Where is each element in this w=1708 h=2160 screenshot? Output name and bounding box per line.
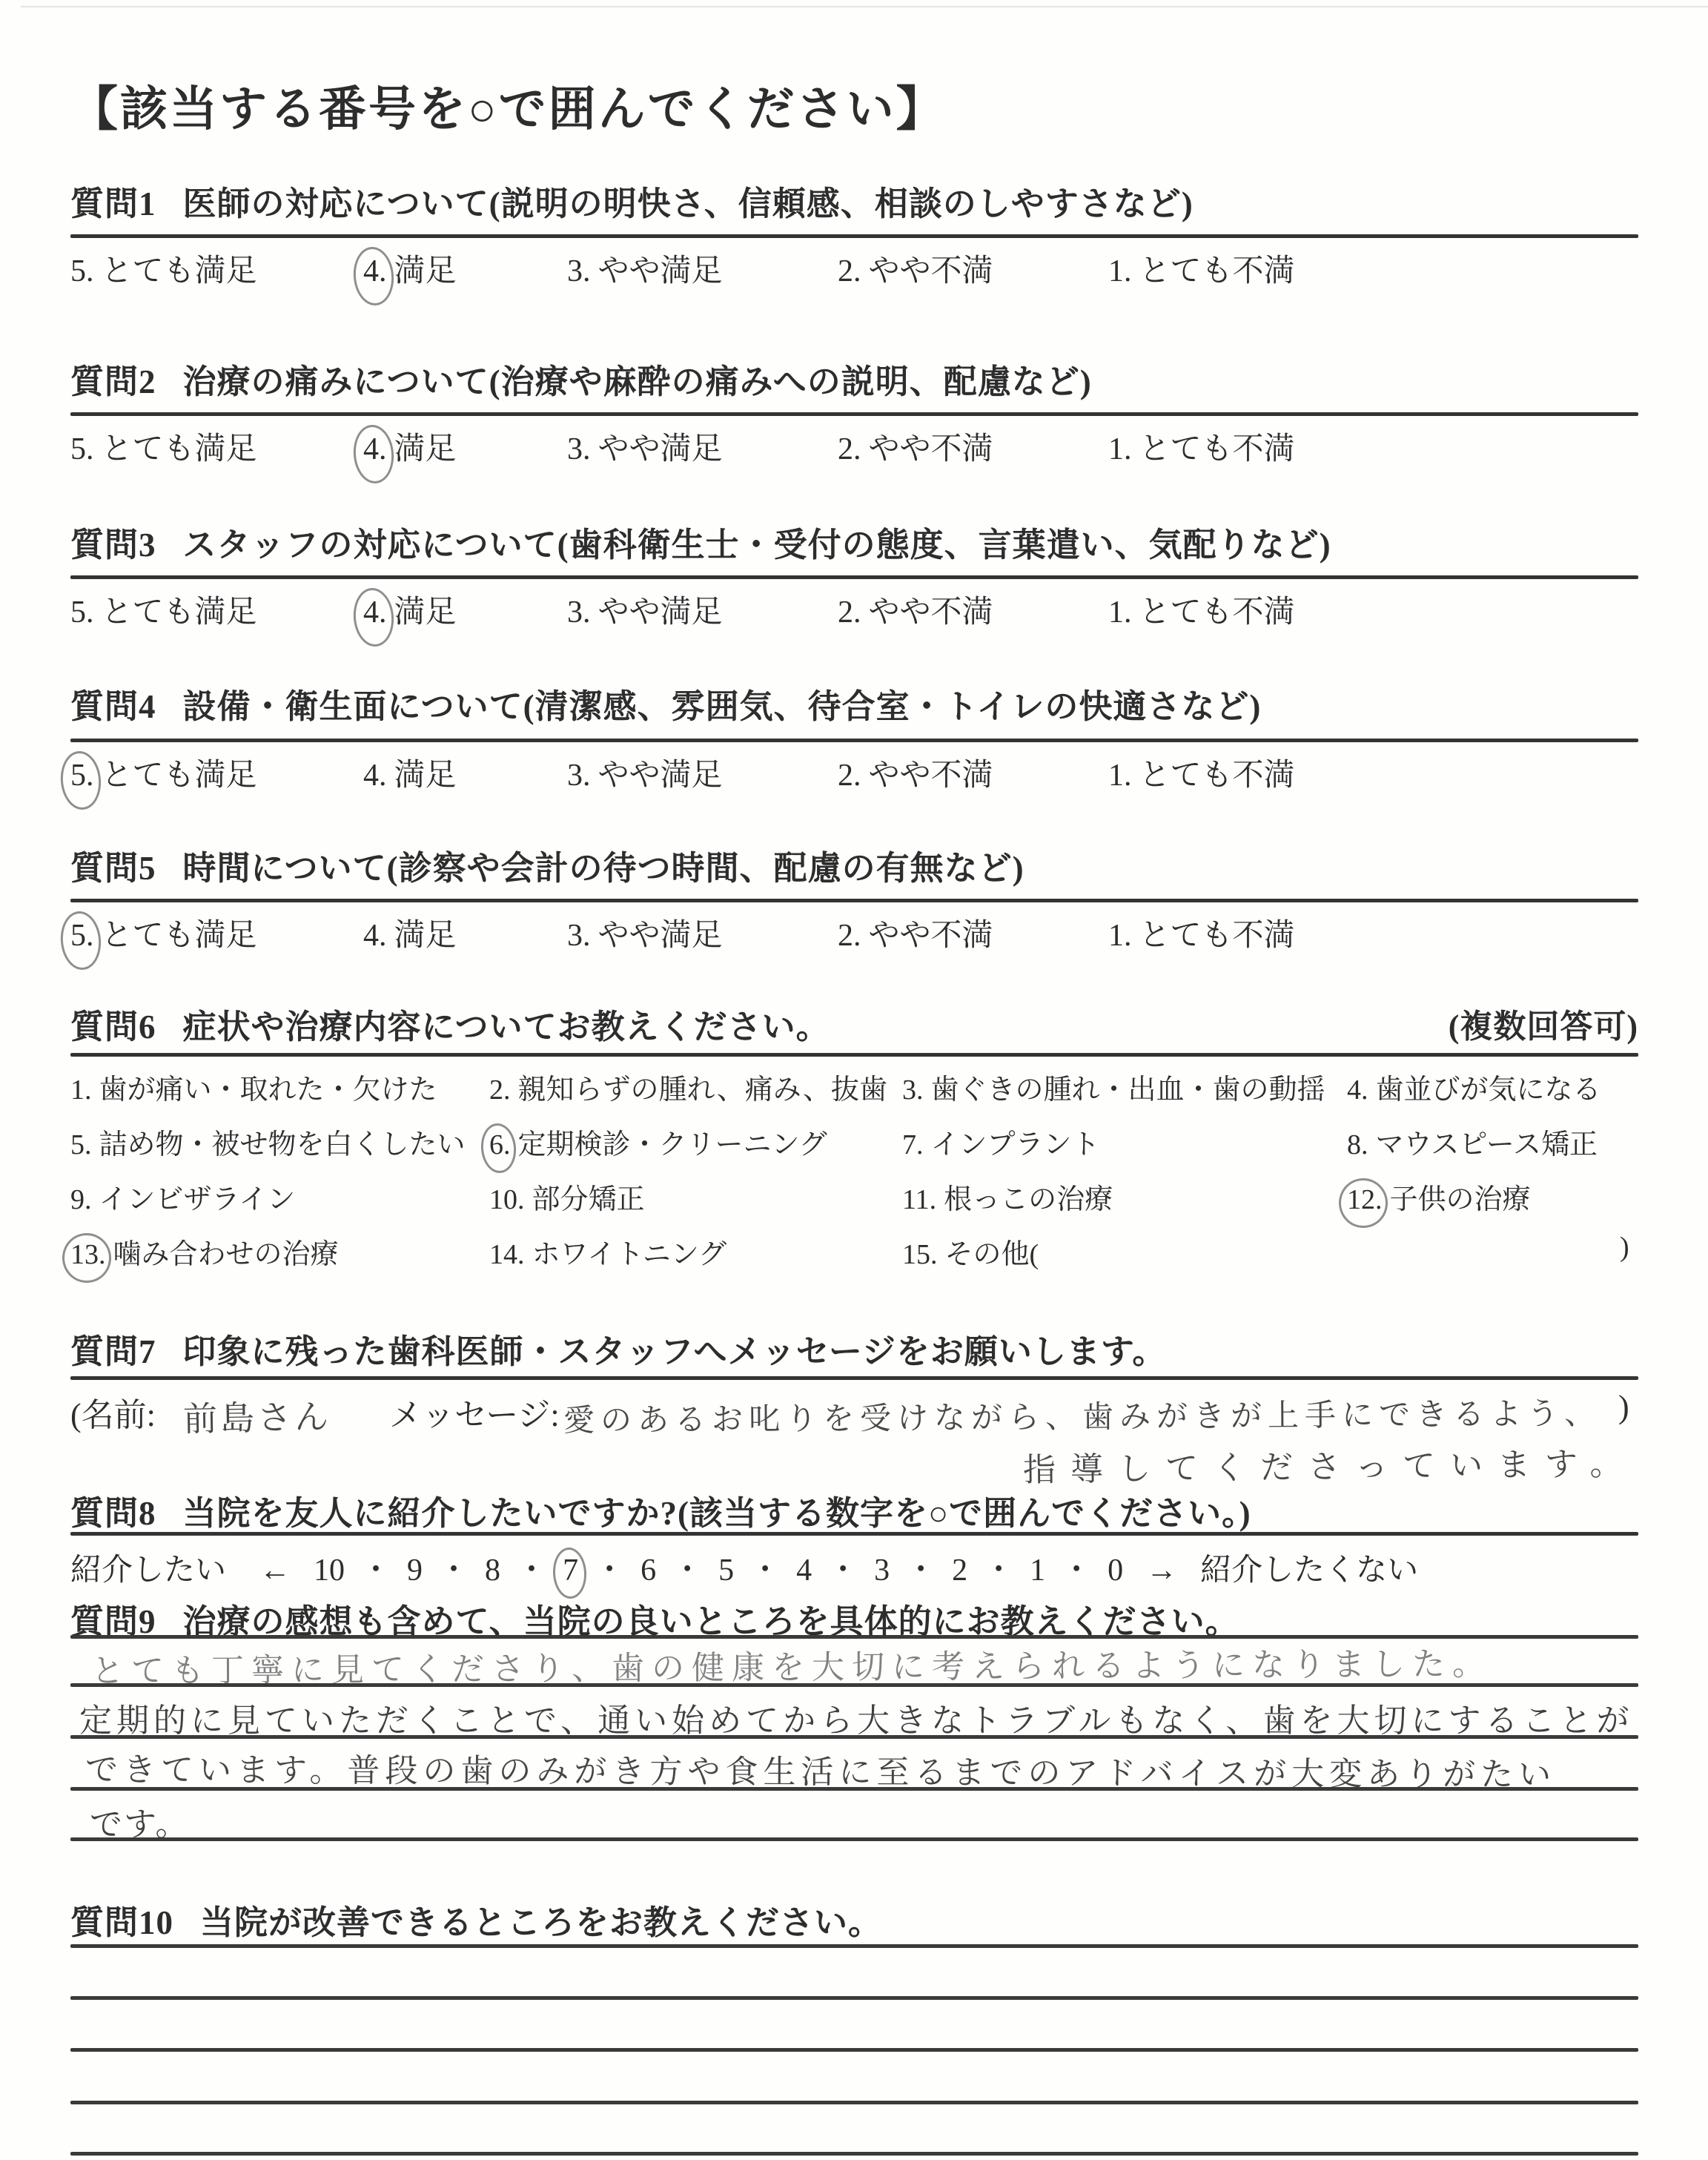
nps-separator: ・ <box>827 1545 858 1590</box>
option-label: 噛み合わせの治療 <box>113 1239 339 1270</box>
question-4-text: 設備・衛生面について(清潔感、雰囲気、待合室・トイレの快適さなど) <box>183 688 1262 725</box>
question-7-heading: 質問7印象に残った歯科医師・スタッフへメッセージをお願いします。 <box>70 1324 1638 1373</box>
question-8-label: 質問8 <box>70 1495 156 1532</box>
question-6-heading: 質問6症状や治療内容についてお教えください。 (複数回答可) <box>70 1000 1638 1048</box>
option-number: 4. <box>363 432 387 467</box>
question-8-heading: 質問8当院を友人に紹介したいですか?(該当する数字を○で囲んでください。) <box>70 1486 1638 1534</box>
answer-line-rule <box>70 1683 1638 1687</box>
option-label: 満足 <box>394 254 457 288</box>
option-number: 5. <box>70 918 94 954</box>
option-number: 1. <box>1108 918 1132 954</box>
option-label: やや満足 <box>598 432 723 466</box>
question-7-label: 質問7 <box>70 1333 156 1370</box>
nps-separator: ・ <box>516 1545 547 1590</box>
survey-sheet: 【該当する番号を○で囲んでください】 質問1医師の対応について(説明の明快さ、信… <box>0 0 1708 2160</box>
divider-rule <box>70 234 1638 238</box>
question-2-label: 質問2 <box>70 363 156 400</box>
option-label: 子供の治療 <box>1390 1184 1531 1215</box>
question-10-text: 当院が改善できるところをお教えください。 <box>200 1904 882 1941</box>
question-6-options: 1.歯が痛い・取れた・欠けた 2.親知らずの腫れ、痛み、抜歯 3.歯ぐきの腫れ・… <box>70 1066 1638 1296</box>
option-label: 定期検診・クリーニング <box>518 1129 827 1160</box>
option-number: 4. <box>363 918 387 954</box>
nps-number: 7 <box>563 1553 578 1588</box>
option-number: 1. <box>1108 758 1132 793</box>
left-arrow-icon: ← <box>259 1553 291 1588</box>
option-label: やや満足 <box>598 254 723 288</box>
blank-answer-rule <box>70 1944 1638 1948</box>
handwritten-message-line-2: 指導してくださっています。 <box>1023 1437 1638 1491</box>
option-number: 1. <box>1108 595 1132 630</box>
question-10-heading: 質問10当院が改善できるところをお教えください。 <box>70 1895 1638 1943</box>
question-5-label: 質問5 <box>70 850 156 887</box>
divider-rule <box>70 1376 1638 1380</box>
option-number: 2. <box>838 432 861 467</box>
option-label: やや満足 <box>598 759 723 793</box>
option-label: ホワイトニング <box>532 1239 727 1270</box>
option-number: 9. <box>70 1183 92 1216</box>
question-3-options: 5.とても満足 4.満足 3.やや満足 2.やや不満 1.とても不満 <box>70 587 1638 651</box>
nps-left-label: 紹介したい <box>70 1545 226 1590</box>
option-number: 7. <box>902 1129 924 1161</box>
option-label: やや不満 <box>869 595 993 630</box>
nps-number: 10 <box>314 1553 345 1588</box>
option-label: 満足 <box>394 919 457 953</box>
blank-answer-rule <box>70 1996 1638 2000</box>
nps-number: 6 <box>640 1553 656 1588</box>
question-1-heading: 質問1医師の対応について(説明の明快さ、信頼感、相談のしやすさなど) <box>70 176 1638 225</box>
question-4-label: 質問4 <box>70 688 156 725</box>
option-number: 5. <box>70 1129 92 1161</box>
handwritten-answer-line-2: 定期的に見ていただくことで、通い始めてから大きなトラブルもなく、歯を大切にするこ… <box>79 1694 1647 1741</box>
option-label: 親知らずの腫れ、痛み、抜歯 <box>518 1074 888 1106</box>
question-6-label: 質問6 <box>70 1008 156 1046</box>
option-label: とても満足 <box>102 254 257 288</box>
option-label: 部分矯正 <box>532 1184 645 1215</box>
option-label: とても満足 <box>102 432 257 466</box>
question-2-text: 治療の痛みについて(治療や麻酔の痛みへの説明、配慮など) <box>183 363 1092 400</box>
option-label: マウスピース矯正 <box>1376 1129 1598 1160</box>
close-paren: ) <box>1618 1388 1629 1426</box>
option-number: 3. <box>902 1074 924 1106</box>
option-number: 13. <box>70 1238 106 1271</box>
option-number: 2. <box>838 758 861 793</box>
nps-number: 8 <box>485 1553 500 1588</box>
option-number: 2. <box>838 254 861 289</box>
option-number: 8. <box>1347 1129 1368 1161</box>
question-1-label: 質問1 <box>70 185 156 222</box>
question-8-text: 当院を友人に紹介したいですか?(該当する数字を○で囲んでください。) <box>183 1495 1251 1532</box>
question-2-options: 5.とても満足 4.満足 3.やや満足 2.やや不満 1.とても不満 <box>70 424 1638 488</box>
blank-answer-rule <box>70 2152 1638 2156</box>
option-label: やや満足 <box>598 595 723 630</box>
option-label: 満足 <box>394 759 457 793</box>
option-number: 10. <box>489 1183 525 1216</box>
question-5-heading: 質問5時間について(診察や会計の待つ時間、配慮の有無など) <box>70 841 1638 889</box>
option-label: 歯並びが気になる <box>1376 1074 1601 1106</box>
divider-rule <box>70 899 1638 902</box>
option-number: 6. <box>489 1129 511 1161</box>
option-label: 歯が痛い・取れた・欠けた <box>99 1074 437 1106</box>
question-3-text: スタッフの対応について(歯科衛生士・受付の態度、言葉遣い、気配りなど) <box>183 526 1331 564</box>
option-label: その他( <box>945 1239 1039 1270</box>
answer-line-rule <box>70 1837 1638 1841</box>
divider-rule <box>70 575 1638 579</box>
question-6-text: 症状や治療内容についてお教えください。 <box>183 1008 830 1046</box>
option-number: 14. <box>489 1238 525 1271</box>
nps-number: 1 <box>1030 1553 1045 1588</box>
option-number: 1. <box>1108 432 1132 467</box>
option-label: とても不満 <box>1139 919 1295 953</box>
option-number: 3. <box>567 758 591 793</box>
option-label: 詰め物・被せ物を白くしたい <box>99 1129 466 1160</box>
nps-separator: ・ <box>1061 1545 1092 1590</box>
option-label: 根っこの治療 <box>944 1184 1113 1215</box>
nps-right-label: 紹介したくない <box>1200 1545 1418 1590</box>
handwritten-name: 前島さん <box>182 1390 331 1441</box>
option-number: 4. <box>363 758 387 793</box>
close-paren: ) <box>1620 1231 1629 1264</box>
nps-number: 9 <box>407 1553 423 1588</box>
option-number: 1. <box>70 1074 92 1106</box>
question-1-text: 医師の対応について(説明の明快さ、信頼感、相談のしやすさなど) <box>183 185 1194 222</box>
option-label: やや満足 <box>598 919 723 953</box>
scan-edge-line <box>21 6 1708 7</box>
option-label: とても不満 <box>1139 759 1295 793</box>
option-label: インプラント <box>931 1129 1100 1160</box>
option-number: 12. <box>1347 1183 1383 1216</box>
nps-number: 2 <box>952 1553 967 1588</box>
option-number: 5. <box>70 595 94 630</box>
question-2-heading: 質問2治療の痛みについて(治療や麻酔の痛みへの説明、配慮など) <box>70 354 1638 403</box>
divider-rule <box>70 1532 1638 1536</box>
option-number: 2. <box>489 1074 511 1106</box>
nps-separator: ・ <box>983 1545 1014 1590</box>
option-number: 4. <box>363 254 387 289</box>
option-number: 3. <box>567 432 591 467</box>
option-label: やや不満 <box>869 254 993 288</box>
option-label: とても不満 <box>1139 595 1295 630</box>
option-number: 2. <box>838 595 861 630</box>
right-arrow-icon: → <box>1146 1553 1177 1588</box>
option-number: 5. <box>70 254 94 289</box>
divider-rule <box>70 412 1638 416</box>
option-label: 満足 <box>394 432 457 466</box>
question-4-options: 5.とても満足 4.満足 3.やや満足 2.やや不満 1.とても不満 <box>70 750 1638 814</box>
option-number: 5. <box>70 758 94 793</box>
option-number: 3. <box>567 595 591 630</box>
option-label: やや不満 <box>869 432 993 466</box>
divider-rule <box>70 739 1638 742</box>
handwritten-message-line-1: 愛のあるお叱りを受けながら、歯みがきが上手にできるよう、 <box>563 1389 1601 1441</box>
question-5-text: 時間について(診察や会計の待つ時間、配慮の有無など) <box>183 850 1025 887</box>
option-number: 11. <box>902 1183 936 1216</box>
option-number: 5. <box>70 432 94 467</box>
option-label: 満足 <box>394 595 457 630</box>
question-5-options: 5.とても満足 4.満足 3.やや満足 2.やや不満 1.とても不満 <box>70 911 1638 974</box>
answer-line-rule <box>70 1735 1638 1739</box>
nps-number: 3 <box>874 1553 890 1588</box>
option-number: 2. <box>838 918 861 954</box>
option-label: インビザライン <box>99 1184 296 1215</box>
option-number: 4. <box>363 595 387 630</box>
nps-number: 5 <box>718 1553 734 1588</box>
option-number: 3. <box>567 918 591 954</box>
option-number: 1. <box>1108 254 1132 289</box>
blank-answer-rule <box>70 2048 1638 2052</box>
option-label: とても満足 <box>102 919 257 953</box>
message-field-label: メッセージ: <box>389 1388 560 1436</box>
option-label: とても満足 <box>102 595 257 630</box>
multi-answer-note: (複数回答可) <box>1449 1000 1638 1047</box>
name-field-label: (名前: <box>70 1388 156 1436</box>
option-label: とても満足 <box>102 759 257 793</box>
option-number: 15. <box>902 1238 938 1271</box>
page-title: 【該当する番号を○で囲んでください】 <box>70 71 1638 139</box>
nps-separator: ・ <box>594 1545 625 1590</box>
option-label: やや不満 <box>869 919 993 953</box>
nps-separator: ・ <box>672 1545 703 1590</box>
nps-number: 4 <box>796 1553 812 1588</box>
question-3-label: 質問3 <box>70 526 156 564</box>
question-1-options: 5.とても満足 4.満足 3.やや満足 2.やや不満 1.とても不満 <box>70 246 1638 310</box>
blank-answer-rule <box>70 2101 1638 2104</box>
question-7-text: 印象に残った歯科医師・スタッフへメッセージをお願いします。 <box>183 1333 1167 1370</box>
option-number: 3. <box>567 254 591 289</box>
question-10-label: 質問10 <box>70 1904 173 1941</box>
divider-rule <box>70 1053 1638 1057</box>
nps-separator: ・ <box>905 1545 936 1590</box>
option-label: 歯ぐきの腫れ・出血・歯の動揺 <box>931 1074 1325 1106</box>
option-label: とても不満 <box>1139 432 1295 466</box>
option-number: 4. <box>1347 1074 1368 1106</box>
nps-separator: ・ <box>749 1545 781 1590</box>
option-label: とても不満 <box>1139 254 1295 288</box>
answer-line-rule <box>70 1787 1638 1791</box>
nps-separator: ・ <box>360 1545 391 1590</box>
option-label: やや不満 <box>869 759 993 793</box>
question-3-heading: 質問3スタッフの対応について(歯科衛生士・受付の態度、言葉遣い、気配りなど) <box>70 518 1638 566</box>
question-4-heading: 質問4設備・衛生面について(清潔感、雰囲気、待合室・トイレの快適さなど) <box>70 679 1638 727</box>
nps-separator: ・ <box>438 1545 469 1590</box>
nps-number: 0 <box>1108 1553 1123 1588</box>
